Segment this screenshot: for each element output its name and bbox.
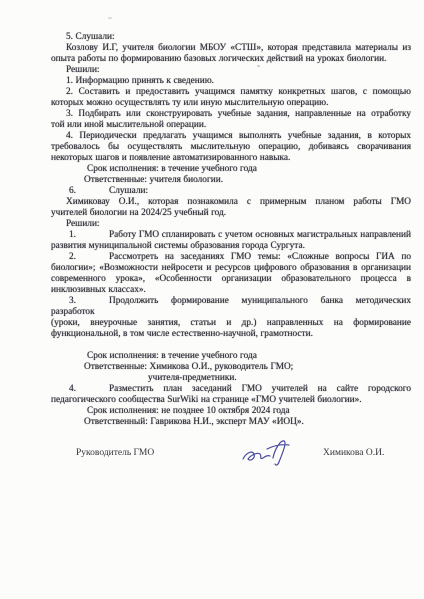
text-line: Срок исполнения: в течение учебного года	[51, 351, 411, 362]
text-line: (уроки, внеурочные занятия, статьи и др.…	[51, 318, 411, 329]
text-line: Ответственные: Химикова О.И., руководите…	[51, 362, 411, 373]
text-line: биологии»; «Возможности нейросети и ресу…	[51, 263, 411, 274]
text-line: 4.Разместить план заседаний ГМО учителей…	[51, 384, 411, 395]
list-number: 6.	[69, 186, 109, 197]
list-number: 4.	[69, 384, 109, 395]
text-line: Решили:	[51, 65, 411, 76]
list-number: 2.	[69, 252, 109, 263]
text-line: 1. Информацию принять к сведению.	[51, 76, 411, 87]
text-line: 3.Продолжить формирование муниципального…	[51, 296, 411, 318]
signature-icon	[237, 436, 301, 470]
text-line: инклюзивных классах».	[51, 285, 411, 296]
list-number: 1.	[69, 230, 109, 241]
text-line: которых можно осуществлять ту или иную м…	[51, 98, 411, 109]
text-line: развития муниципальной системы образован…	[51, 241, 411, 252]
text-line: 6.Слушали:	[51, 186, 411, 197]
text-line: 5. Слушали:	[51, 32, 411, 43]
signatory-name: Химикова О.И.	[323, 448, 384, 459]
text-line: учителя-предметники.	[51, 373, 411, 384]
text-line: Срок исполнения: не позднее 10 октября 2…	[51, 406, 411, 417]
text-line: 2. Составить и предоставить учащимся пам…	[51, 87, 411, 98]
role-label: Руководитель ГМО	[76, 448, 154, 459]
text-line: Ответственные: учителя биологии.	[51, 175, 411, 186]
text-line: 4. Периодически предлагать учащимся выпо…	[51, 131, 411, 142]
text-line: Ответственный: Гаврикова Н.И., эксперт М…	[51, 417, 411, 428]
text-line: 1.Работу ГМО спланировать с учетом основ…	[51, 230, 411, 241]
text-line: требовалось бы осуществлять мыслительную…	[51, 142, 411, 153]
blank-line	[51, 340, 411, 351]
text-line: Козлову И.Г, учителя биологии МБОУ «СТШ»…	[51, 43, 411, 54]
scanned-document-page: 5. Слушали:Козлову И.Г, учителя биологии…	[0, 0, 424, 599]
text-line: педагогического сообщества SurWiki на ст…	[51, 395, 411, 406]
text-line: опыта работы по формированию базовых лог…	[51, 54, 411, 65]
text-line: учителей биологии на 2024/25 учебный год…	[51, 208, 411, 219]
text-line: функциональной, в том числе естественно-…	[51, 329, 411, 340]
text-line: некоторых шагов и появление автоматизиро…	[51, 153, 411, 164]
document-body: 5. Слушали:Козлову И.Г, учителя биологии…	[51, 32, 411, 494]
text-line: 2.Рассмотреть на заседаниях ГМО темы: «С…	[51, 252, 411, 263]
signature-stroke	[243, 441, 289, 465]
text-line: современного урока», «Особенности органи…	[51, 274, 411, 285]
text-line: Решили:	[51, 219, 411, 230]
text-line: Химиковау О.И., которая познакомила с пр…	[51, 197, 411, 208]
text-line: 3. Подбирать или сконструировать учебные…	[51, 109, 411, 120]
list-number: 3.	[69, 296, 109, 307]
text-line: Срок исполнения: в течение учебного года	[51, 164, 411, 175]
text-line: той или иной мыслительной операции.	[51, 120, 411, 131]
signature-block: Руководитель ГМО Химикова О.И.	[51, 448, 411, 494]
scan-artifact	[108, 17, 112, 19]
